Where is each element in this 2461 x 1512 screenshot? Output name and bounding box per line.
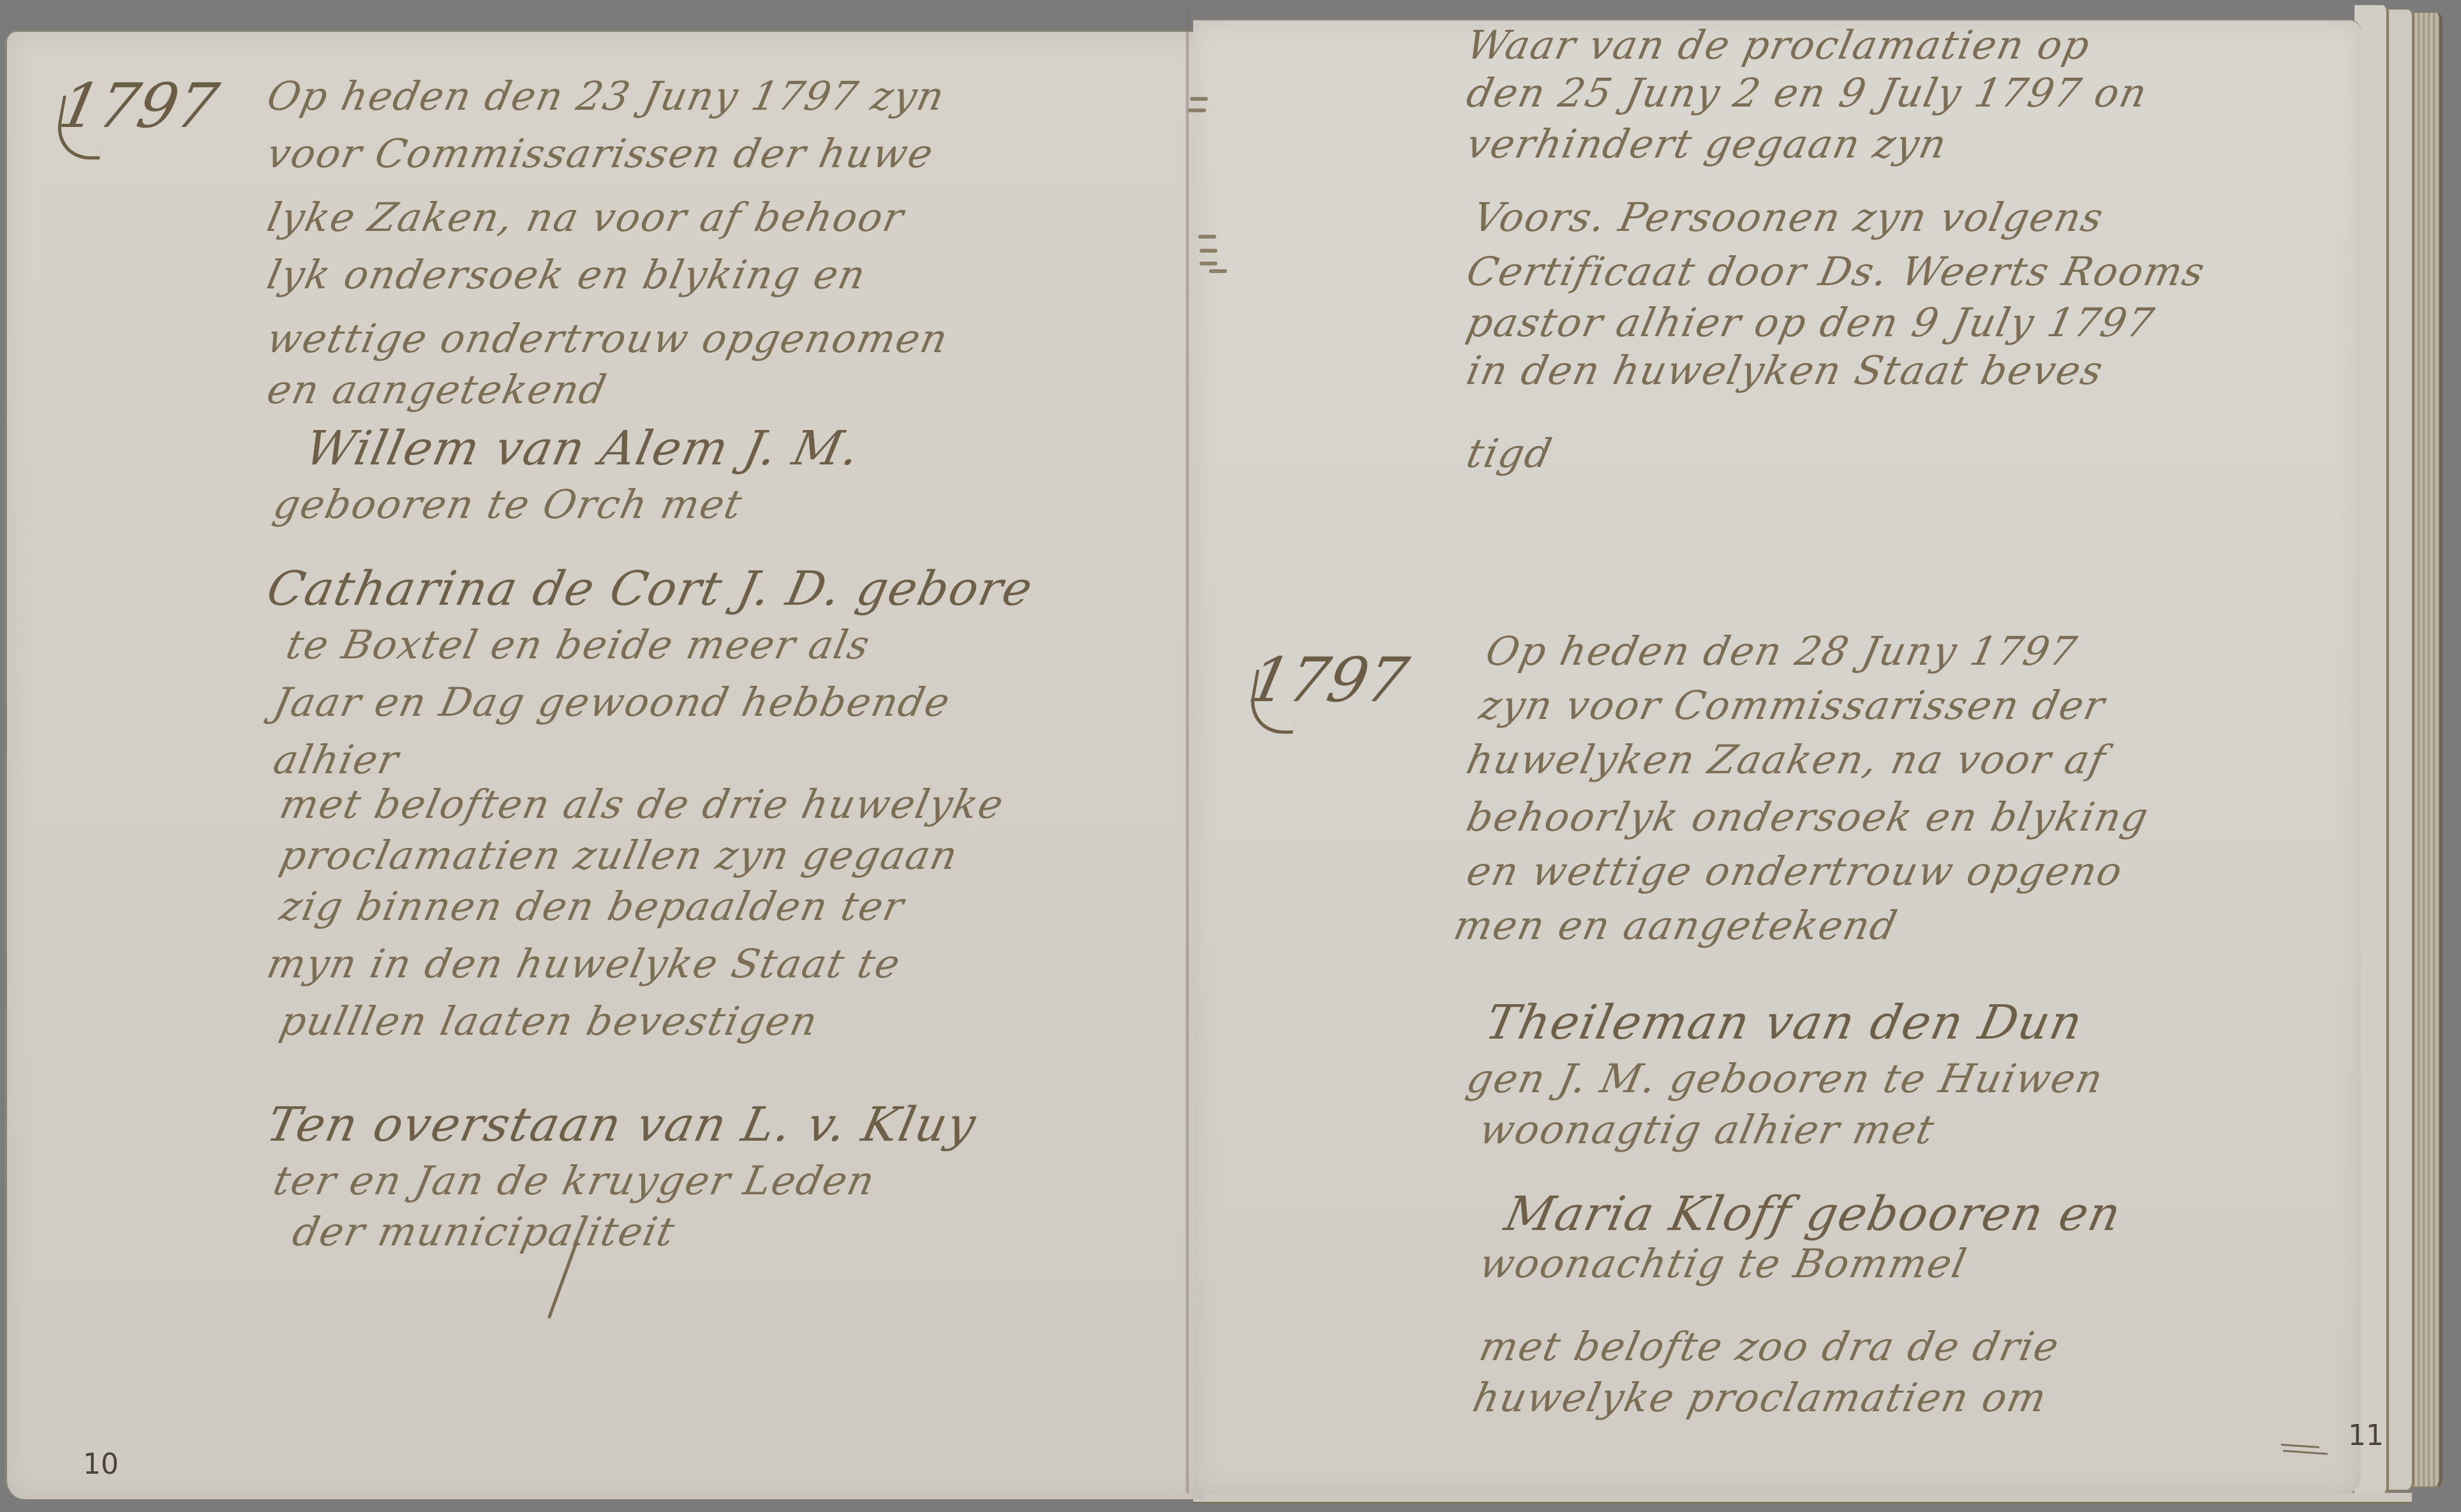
- groom-birthplace: gebooren te Orch met: [270, 485, 746, 524]
- bride-name: Maria Kloff gebooren en: [1500, 1187, 2127, 1241]
- text-line: Voors. Persoonen zyn volgens: [1469, 198, 2107, 237]
- text-line: verhindert gegaan zyn: [1463, 124, 1951, 164]
- binding-stitch: [1209, 269, 1227, 273]
- groom-name: Willem van Alem J. M.: [301, 421, 865, 476]
- text-line: Waar van de proclamatien op: [1463, 26, 2094, 65]
- binding-stitch: [1200, 262, 1217, 265]
- text-line: in den huwelyken Staat beves: [1463, 351, 2107, 390]
- binding-stitch: [1188, 108, 1206, 112]
- binding-stitch: [1190, 97, 1208, 101]
- text-line: huwelyke proclamatien om: [1469, 1378, 2051, 1418]
- text-line: zig binnen den bepaalden ter: [276, 887, 908, 926]
- text-line: men en aangetekend: [1450, 906, 1901, 945]
- text-line: huwelyken Zaaken, na voor af: [1463, 740, 2110, 780]
- text-line: tigd: [1463, 434, 1556, 473]
- text-line: behoorlyk ondersoek en blyking: [1463, 797, 2152, 837]
- text-line: pastor alhier op den 9 July 1797: [1463, 303, 2158, 343]
- document-scan: 1797 Op heden den 23 Juny 1797 zyn voor …: [0, 0, 2461, 1512]
- text-line: den 25 Juny 2 en 9 July 1797 on: [1463, 73, 2151, 113]
- binding-stitch: [1200, 249, 1217, 253]
- page-bottom-edge: [1193, 1493, 2412, 1504]
- text-line: zyn voor Commissarissen der: [1476, 686, 2109, 725]
- text-line: Op heden den 23 Juny 1797 zyn: [264, 77, 948, 116]
- folio-number-right: 11: [2348, 1419, 2384, 1452]
- text-line: lyk ondersoek en blyking en: [264, 255, 870, 295]
- text-line: proclamatien zullen zyn gegaan: [276, 836, 962, 875]
- text-line: wettige ondertrouw opgenomen: [264, 319, 952, 359]
- text-line: myn in den huwelyke Staat te: [264, 944, 904, 984]
- text-line: te Boxtel en beide meer als: [283, 625, 874, 665]
- text-line: en wettige ondertrouw opgeno: [1463, 852, 2127, 891]
- text-line: woonachtig te Bommel: [1476, 1244, 1970, 1284]
- witness-line: ter en Jan de kruyger Leden: [270, 1161, 879, 1201]
- text-line: pulllen laaten bevestigen: [276, 1002, 822, 1041]
- text-line: en aangetekend: [264, 370, 610, 410]
- text-line: voor Commissarissen der huwe: [264, 134, 937, 174]
- witness-line: der municipaliteit: [289, 1212, 679, 1252]
- groom-name: Theileman van den Dun: [1481, 995, 2088, 1050]
- bride-name: Catharina de Cort J. D. gebore: [262, 561, 1038, 616]
- folio-number-left: 10: [83, 1448, 119, 1481]
- witness-line: Ten overstaan van L. v. Kluy: [262, 1097, 981, 1152]
- text-line: woonagtig alhier met: [1476, 1110, 1938, 1150]
- text-line: alhier: [270, 740, 403, 780]
- text-line: lyke Zaken, na voor af behoor: [264, 198, 908, 237]
- text-line: met belofte zoo dra de drie: [1476, 1327, 2063, 1367]
- text-line: Op heden den 28 Juny 1797: [1482, 632, 2081, 671]
- text-line: Jaar en Dag gewoond hebbende: [270, 683, 954, 722]
- book-gutter: [1186, 6, 1189, 1493]
- text-line: Certificaat door Ds. Weerts Rooms: [1463, 252, 2208, 292]
- text-line: gen J. M. gebooren te Huiwen: [1463, 1059, 2107, 1099]
- binding-stitch: [1198, 235, 1216, 239]
- text-line: met beloften als de drie huwelyke: [276, 785, 1007, 824]
